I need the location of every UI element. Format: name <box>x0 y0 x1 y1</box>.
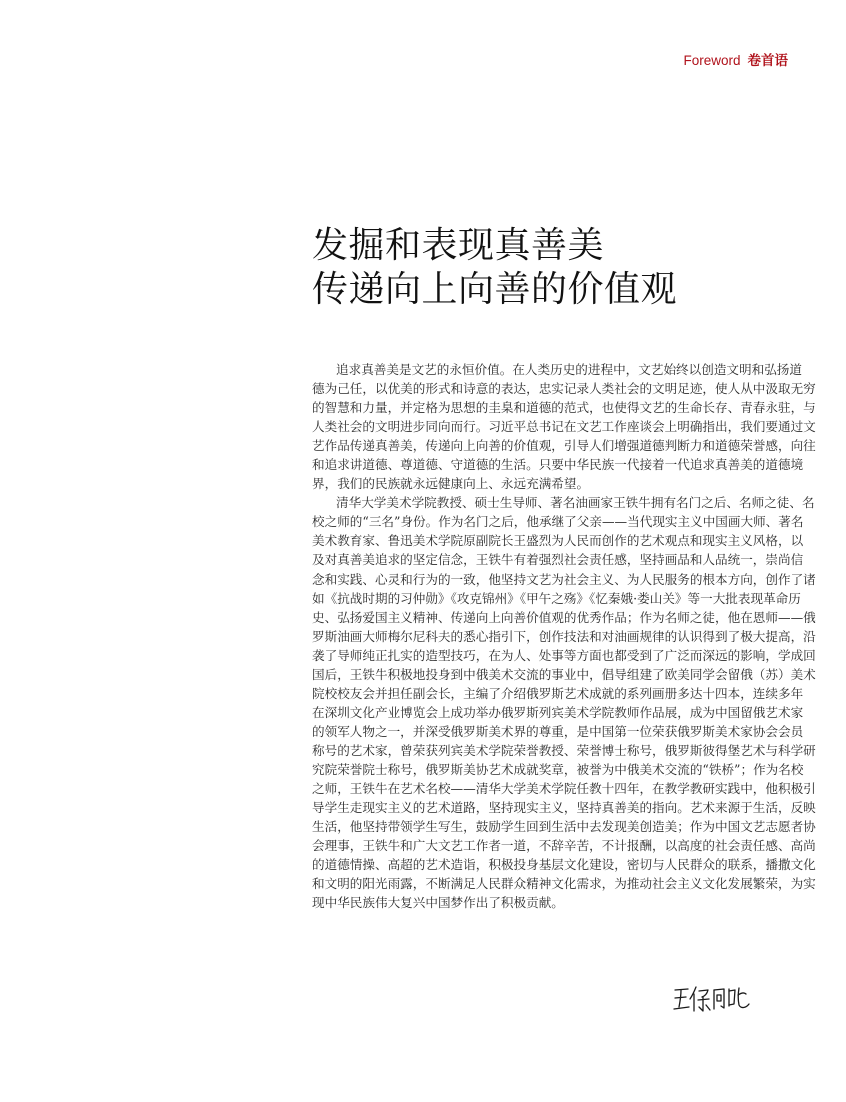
text-line: 的道德情操、高超的艺术造诣，积极投身基层文化建设，密切与人民群众的联系，播撒文化 <box>312 855 792 874</box>
text-line: 和追求讲道德、尊道德、守道德的生活。只要中华民族一代接着一代追求真善美的道德境 <box>312 455 792 474</box>
title-line-1: 发掘和表现真善美 <box>312 224 677 268</box>
text-line: 院校校友会并担任副会长，主编了介绍俄罗斯艺术成就的系列画册多达十四本，连续多年 <box>312 684 792 703</box>
text-line: 究院荣誉院士称号，俄罗斯美协艺术成就奖章，被誉为中俄美术交流的“铁桥”；作为名校 <box>312 760 792 779</box>
text-line: 导学生走现实主义的艺术道路，坚持现实主义，坚持真善美的指向。艺术来源于生活，反映 <box>312 798 792 817</box>
text-line: 生活，他坚持带领学生写生，鼓励学生回到生活中去发现美创造美；作为中国文艺志愿者协 <box>312 817 792 836</box>
text-line: 念和实践、心灵和行为的一致，他坚持文艺为社会主义、为人民服务的根本方向，创作了诸 <box>312 570 792 589</box>
text-line: 及对真善美追求的坚定信念，王铁牛有着强烈社会责任感，坚持画品和人品统一，崇尚信 <box>312 550 792 569</box>
text-line: 德为己任，以优美的形式和诗意的表达，忠实记录人类社会的文明足迹，使人从中汲取无穷 <box>312 379 792 398</box>
text-line: 在深圳文化产业博览会上成功举办俄罗斯列宾美术学院教师作品展，成为中国留俄艺术家 <box>312 703 792 722</box>
section-header: Foreword卷首语 <box>683 49 788 69</box>
text-line: 如《抗战时期的习仲勋》《攻克锦州》《甲午之殇》《忆秦娥·娄山关》等一大批表现革命… <box>312 589 792 608</box>
signature-icon <box>672 982 752 1016</box>
page-title: 发掘和表现真善美 传递向上向善的价值观 <box>312 224 677 312</box>
text-line: 界，我们的民族就永远健康向上、永远充满希望。 <box>312 474 792 493</box>
paragraph-2: 清华大学美术学院教授、硕士生导师、著名油画家王铁牛拥有名门之后、名师之徒、名 校… <box>312 493 792 912</box>
article-body: 追求真善美是文艺的永恒价值。在人类历史的进程中，文艺始终以创造文明和弘扬道 德为… <box>312 360 792 912</box>
text-line: 罗斯油画大师梅尔尼科夫的悉心指引下，创作技法和对油画规律的认识得到了极大提高，沿 <box>312 627 792 646</box>
text-line: 史、弘扬爱国主义精神、传递向上向善价值观的优秀作品；作为名师之徒，他在恩师——俄 <box>312 608 792 627</box>
text-line: 的智慧和力量，并定格为思想的圭臬和道德的范式，也使得文艺的生命长存、青春永驻，与 <box>312 398 792 417</box>
text-line: 国后，王铁牛积极地投身到中俄美术交流的事业中，倡导组建了欧美同学会留俄（苏）美术 <box>312 665 792 684</box>
text-line: 美术教育家、鲁迅美术学院原副院长王盛烈为人民而创作的艺术观点和现实主义风格，以 <box>312 531 792 550</box>
section-label-zh: 卷首语 <box>748 53 789 68</box>
text-line: 会理事，王铁牛和广大文艺工作者一道，不辞辛苦，不计报酬，以高度的社会责任感、高尚 <box>312 836 792 855</box>
text-line: 和文明的阳光雨露，不断满足人民群众精神文化需求，为推动社会主义文化发展繁荣，为实 <box>312 874 792 893</box>
paragraph-1: 追求真善美是文艺的永恒价值。在人类历史的进程中，文艺始终以创造文明和弘扬道 德为… <box>312 360 792 493</box>
text-line: 艺作品传递真善美，传递向上向善的价值观，引导人们增强道德判断力和道德荣誉感，向往 <box>312 436 792 455</box>
text-line: 清华大学美术学院教授、硕士生导师、著名油画家王铁牛拥有名门之后、名师之徒、名 <box>312 493 792 512</box>
text-line: 人类社会的文明进步同向而行。习近平总书记在文艺工作座谈会上明确指出，我们要通过文 <box>312 417 792 436</box>
text-line: 的领军人物之一，并深受俄罗斯美术界的尊重，是中国第一位荣获俄罗斯美术家协会会员 <box>312 722 792 741</box>
section-label-en: Foreword <box>683 53 740 68</box>
text-line: 追求真善美是文艺的永恒价值。在人类历史的进程中，文艺始终以创造文明和弘扬道 <box>312 360 792 379</box>
text-line: 校之师的“三名”身份。作为名门之后，他承继了父亲——当代现实主义中国画大师、著名 <box>312 512 792 531</box>
text-line: 称号的艺术家，曾荣获列宾美术学院荣誉教授、荣誉博士称号，俄罗斯彼得堡艺术与科学研 <box>312 741 792 760</box>
text-line: 袭了导师纯正扎实的造型技巧，在为人、处事等方面也都受到了广泛而深远的影响，学成回 <box>312 646 792 665</box>
text-line: 之师，王铁牛在艺术名校——清华大学美术学院任教十四年，在教学教研实践中，他积极引 <box>312 779 792 798</box>
title-line-2: 传递向上向善的价值观 <box>312 268 677 312</box>
text-line: 现中华民族伟大复兴中国梦作出了积极贡献。 <box>312 893 792 912</box>
